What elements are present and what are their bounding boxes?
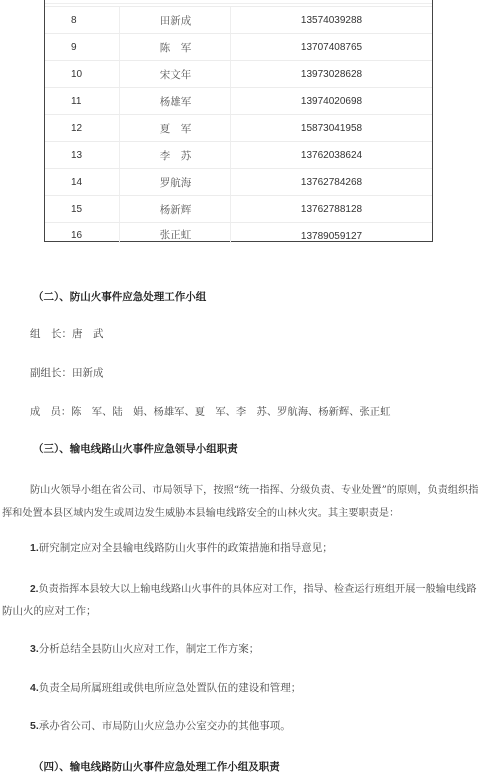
row-name: 杨新辉	[119, 196, 231, 223]
item-number: 4.	[30, 682, 39, 694]
table-row: 14 罗航海 13762784268	[45, 168, 432, 196]
item-text: 分析总结全县防山火应对工作，制定工作方案；	[39, 643, 260, 655]
table-row: 9 陈 军 13707408765	[45, 33, 432, 61]
row-number: 15	[45, 196, 119, 223]
intro-paragraph-line-2: 挥和处置本县区域内发生或周边发生威胁本县输电线路安全的山林火灾。其主要职责是：	[2, 504, 399, 519]
duty-item-2: 2.负责指挥本县较大以上输电线路山火事件的具体应对工作，指导、检查运行班组开展一…	[30, 580, 477, 595]
row-number: 13	[45, 142, 119, 169]
row-phone: 13973028628	[230, 61, 432, 88]
row-name: 田新成	[119, 7, 231, 34]
section-4-heading: （四）、输电线路防山火事件应急处理工作小组及职责	[33, 759, 280, 774]
group-leader: 组 长：唐 武	[30, 326, 104, 341]
item-text: 负责指挥本县较大以上输电线路山火事件的具体应对工作，指导、检查运行班组开展一般输…	[39, 584, 477, 595]
row-phone: 13574039288	[230, 7, 432, 34]
row-number: 9	[45, 34, 119, 61]
section-2-heading: （二）、防山火事件应急处理工作小组	[33, 289, 206, 304]
row-name: 张正虹	[119, 223, 231, 243]
intro-paragraph-line-1: 防山火领导小组在省公司、市局领导下，按照“统一指挥、分级负责、专业处置”的原则，…	[30, 481, 478, 496]
duty-item-1: 1.研究制定应对全县输电线路防山火事件的政策措施和指导意见；	[30, 540, 333, 555]
duty-item-5: 5.承办省公司、市局防山火应急办公室交办的其他事项。	[30, 718, 291, 733]
row-name: 罗航海	[119, 169, 231, 196]
duty-item-3: 3.分析总结全县防山火应对工作，制定工作方案；	[30, 641, 259, 656]
deputy-leader: 副组长：田新成	[30, 365, 104, 380]
table-top-gridline	[45, 3, 432, 4]
item-text: 负责全局所属班组或供电所应急处置队伍的建设和管理；	[39, 682, 302, 694]
table-row: 16 张正虹 13789059127	[45, 222, 432, 242]
item-number: 3.	[30, 643, 39, 655]
row-name: 陈 军	[119, 34, 231, 61]
row-name: 宋文年	[119, 61, 231, 88]
row-number: 10	[45, 61, 119, 88]
item-text: 承办省公司、市局防山火应急办公室交办的其他事项。	[39, 720, 291, 732]
duty-item-2-continued: 防山火的应对工作；	[2, 603, 97, 618]
item-number: 5.	[30, 720, 39, 732]
row-name: 李 苏	[119, 142, 231, 169]
table-row: 11 杨雄军 13974020698	[45, 87, 432, 115]
row-phone: 13789059127	[230, 223, 432, 243]
row-phone: 15873041958	[230, 115, 432, 142]
table-row: 13 李 苏 13762038624	[45, 141, 432, 169]
item-text: 研究制定应对全县输电线路防山火事件的政策措施和指导意见；	[39, 542, 333, 554]
duty-item-4: 4.负责全局所属班组或供电所应急处置队伍的建设和管理；	[30, 680, 301, 695]
table-row: 12 夏 军 15873041958	[45, 114, 432, 142]
row-phone: 13762788128	[230, 196, 432, 223]
row-phone: 13762038624	[230, 142, 432, 169]
row-name: 夏 军	[119, 115, 231, 142]
row-phone: 13707408765	[230, 34, 432, 61]
row-name: 杨雄军	[119, 88, 231, 115]
contact-table: 8 田新成 13574039288 9 陈 军 13707408765 10 宋…	[44, 0, 433, 242]
table-row: 10 宋文年 13973028628	[45, 60, 432, 88]
row-number: 16	[45, 223, 119, 242]
row-number: 14	[45, 169, 119, 196]
row-phone: 13974020698	[230, 88, 432, 115]
group-members: 成 员：陈 军、陆 娟、杨雄军、夏 军、李 苏、罗航海、杨新辉、张正虹	[30, 403, 390, 418]
item-number: 1.	[30, 542, 39, 554]
table-row: 15 杨新辉 13762788128	[45, 195, 432, 223]
section-3-heading: （三）、输电线路山火事件应急领导小组职责	[33, 441, 238, 456]
row-phone: 13762784268	[230, 169, 432, 196]
item-number: 2.	[30, 584, 39, 595]
row-number: 12	[45, 115, 119, 142]
row-number: 11	[45, 88, 119, 115]
row-number: 8	[45, 7, 119, 34]
table-row: 8 田新成 13574039288	[45, 6, 432, 34]
